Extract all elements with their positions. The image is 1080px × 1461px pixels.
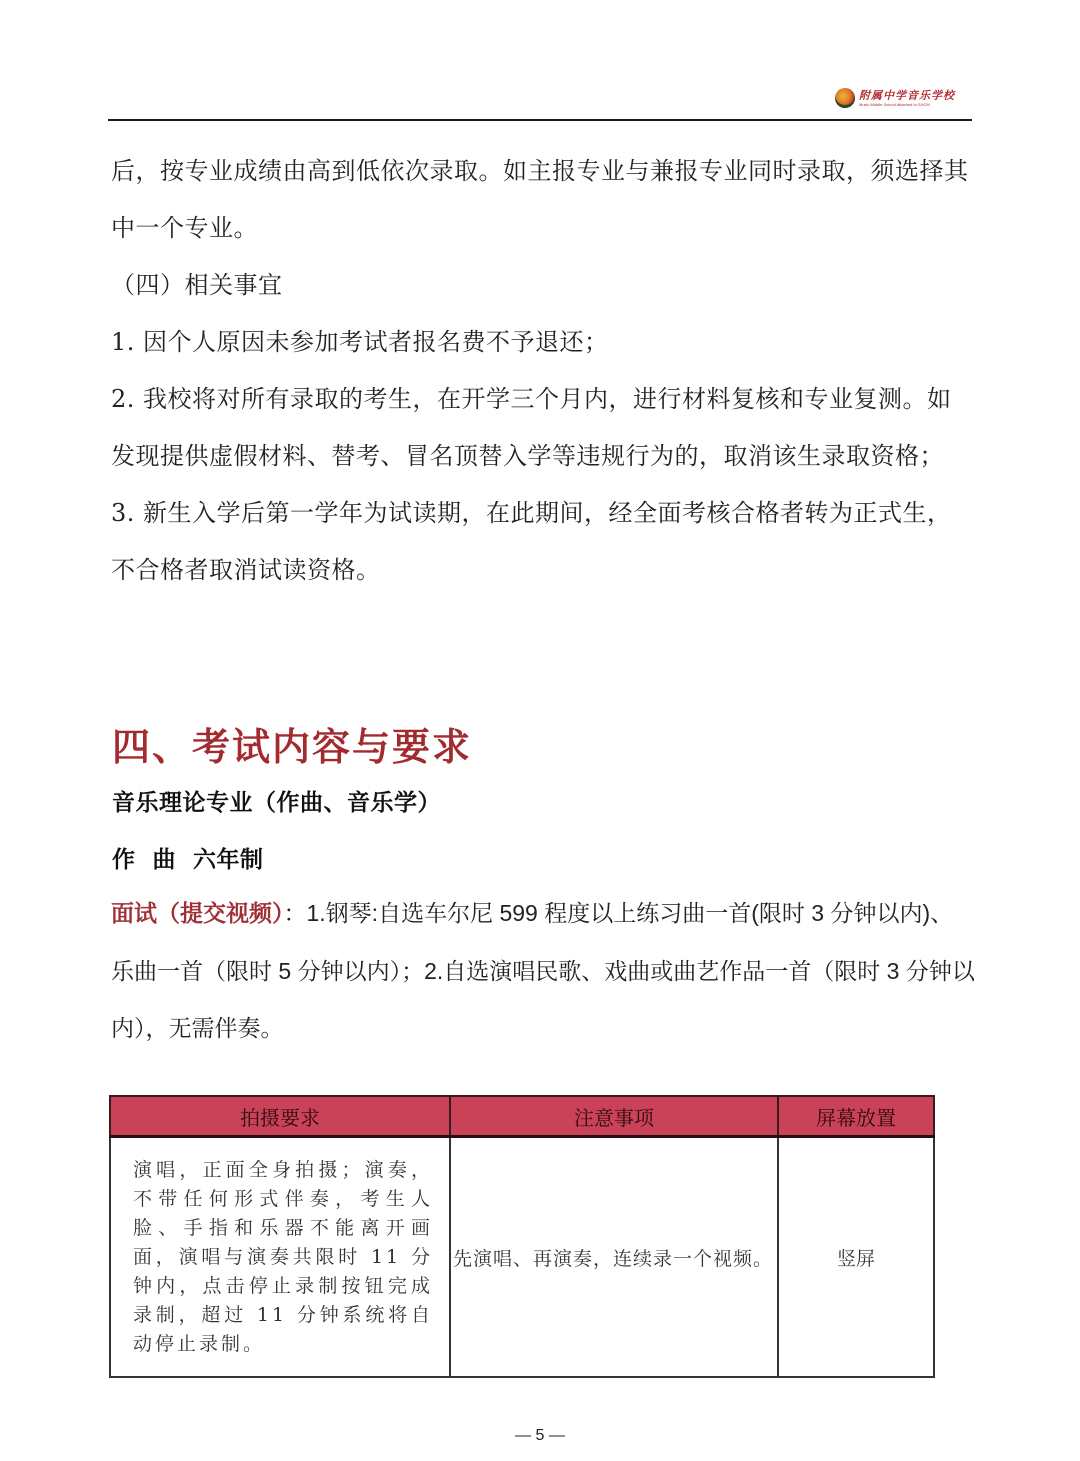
cell-shooting-requirements: 演唱，正面全身拍摄；演奏，不带任何形式伴奏，考生人脸、手指和乐器不能离开画面，演…	[110, 1137, 450, 1378]
school-logo: 附属中学音乐学校 Music Middle School Attached to…	[835, 84, 955, 112]
header-divider	[108, 119, 972, 121]
major-heading: 音乐理论专业（作曲、音乐学）	[112, 784, 441, 817]
paragraph-item-1: 1. 因个人原因未参加考试者报名费不予退还；	[111, 314, 971, 371]
program-heading: 作 曲 六年制	[112, 841, 264, 874]
section-title: 四、考试内容与要求	[112, 716, 472, 771]
table-row: 演唱，正面全身拍摄；演奏，不带任何形式伴奏，考生人脸、手指和乐器不能离开画面，演…	[110, 1137, 934, 1378]
page-number: — 5 —	[0, 1427, 1080, 1445]
subsection-heading-related-matters: （四）相关事宜	[111, 257, 971, 314]
logo-chinese-name: 附属中学音乐学校	[859, 90, 955, 101]
logo-text: 附属中学音乐学校 Music Middle School Attached to…	[859, 90, 955, 107]
paragraph-item-2: 2. 我校将对所有录取的考生，在开学三个月内，进行材料复核和专业复测。如发现提供…	[111, 371, 971, 485]
cell-notes: 先演唱、再演奏，连续录一个视频。	[450, 1137, 778, 1378]
header-shooting-requirements: 拍摄要求	[110, 1096, 450, 1137]
logo-english-name: Music Middle School Attached to SHCM	[859, 103, 955, 107]
interview-label: 面试（提交视频）	[111, 901, 284, 927]
paragraph-admission-continued: 后，按专业成绩由高到低依次录取。如主报专业与兼报专业同时录取，须选择其中一个专业…	[111, 143, 971, 257]
body-paragraphs: 后，按专业成绩由高到低依次录取。如主报专业与兼报专业同时录取，须选择其中一个专业…	[111, 143, 971, 599]
recording-requirements-table: 拍摄要求 注意事项 屏幕放置 演唱，正面全身拍摄；演奏，不带任何形式伴奏，考生人…	[109, 1095, 935, 1378]
table-header-row: 拍摄要求 注意事项 屏幕放置	[110, 1096, 934, 1137]
header-notes: 注意事项	[450, 1096, 778, 1137]
header-screen-orientation: 屏幕放置	[778, 1096, 934, 1137]
interview-requirements: 面试（提交视频）：1.钢琴:自选车尔尼 599 程度以上练习曲一首(限时 3 分…	[111, 885, 976, 1057]
school-emblem-icon	[835, 88, 855, 108]
paragraph-item-3: 3. 新生入学后第一学年为试读期，在此期间，经全面考核合格者转为正式生，不合格者…	[111, 485, 971, 599]
cell-screen-orientation: 竖屏	[778, 1137, 934, 1378]
